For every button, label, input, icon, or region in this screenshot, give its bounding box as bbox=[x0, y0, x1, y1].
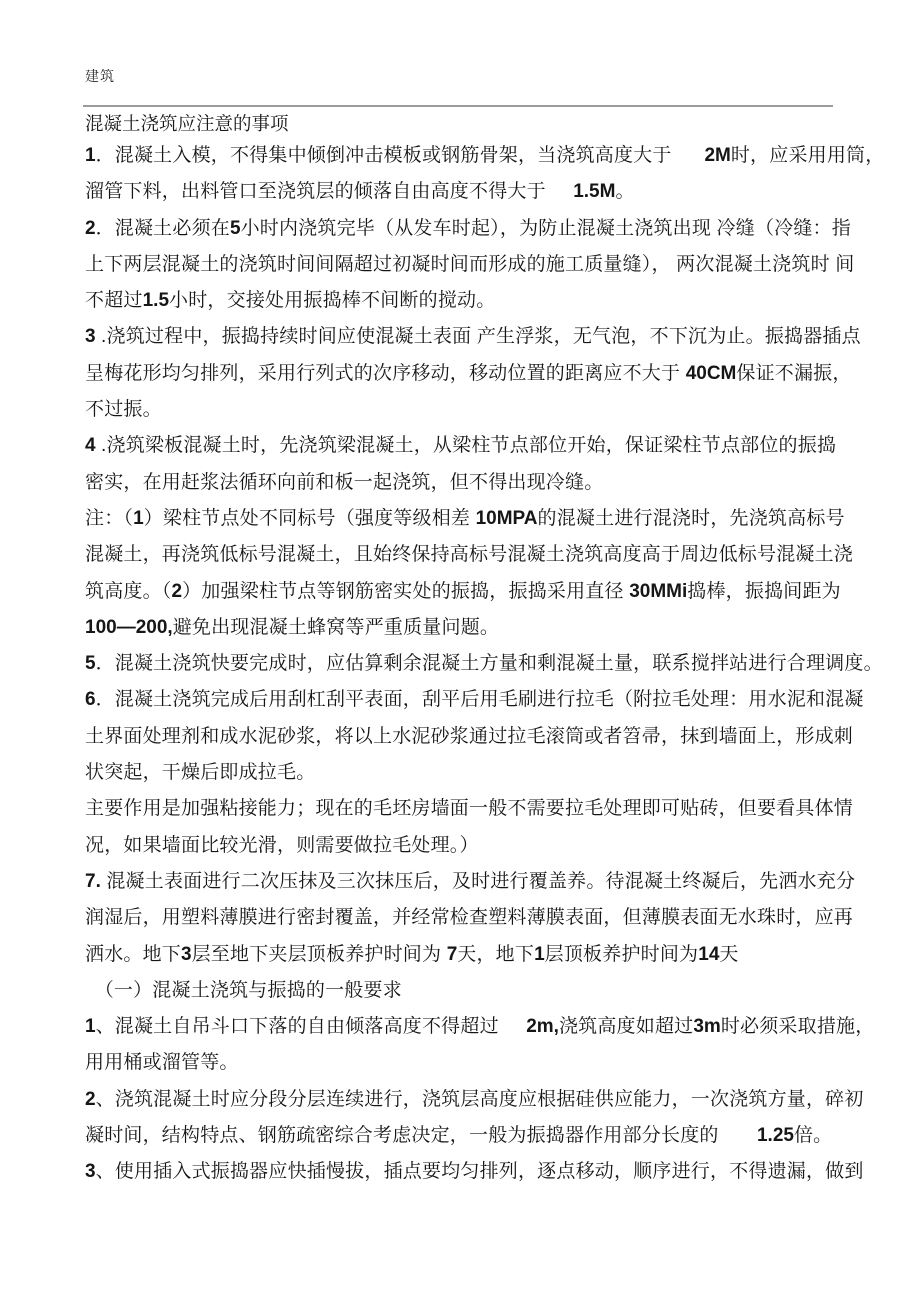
document-body: 1．混凝土入模，不得集中倾倒冲击模板或钢筋骨架，当浇筑高度大于 2M时，应采用用… bbox=[85, 138, 905, 1191]
text-line: 6．混凝土浇筑完成后用刮杠刮平表面，刮平后用毛刷进行拉毛（附拉毛处理：用水泥和混… bbox=[85, 682, 905, 718]
header-divider bbox=[83, 105, 833, 107]
text-line: 注：（1）梁柱节点处不同标号（强度等级相差 10MPA的混凝土进行混浇时，先浇筑… bbox=[85, 501, 905, 537]
text-line: 2、浇筑混凝土时应分段分层连续进行，浇筑层高度应根据硅供应能力，一次浇筑方量，碎… bbox=[85, 1082, 905, 1118]
text-line: 不过振。 bbox=[85, 392, 905, 428]
text-line: 不超过1.5小时，交接处用振捣棒不间断的搅动。 bbox=[85, 283, 905, 319]
text-line: 土界面处理剂和成水泥砂浆，将以上水泥砂浆通过拉毛滚筒或者笤帚，抹到墙面上，形成刺 bbox=[85, 719, 905, 755]
text-line: 100—200,避免出现混凝土蜂窝等严重质量问题。 bbox=[85, 610, 905, 646]
text-line: 主要作用是加强粘接能力；现在的毛坯房墙面一般不需要拉毛处理即可贴砖，但要看具体情 bbox=[85, 791, 905, 827]
text-line: 1、混凝土自吊斗口下落的自由倾落高度不得超过 2m,浇筑高度如超过3m时必须采取… bbox=[85, 1009, 905, 1045]
page-header-label: 建筑 bbox=[85, 66, 115, 86]
text-line: 溜管下料，出料管口至浇筑层的倾落自由高度不得大于 1.5M。 bbox=[85, 174, 905, 210]
text-line: 状突起，干燥后即成拉毛。 bbox=[85, 755, 905, 791]
text-line: （一）混凝土浇筑与振捣的一般要求 bbox=[85, 973, 905, 1009]
text-line: 3 .浇筑过程中，振捣持续时间应使混凝土表面 产生浮浆，无气泡，不下沉为止。振捣… bbox=[85, 319, 905, 355]
text-line: 凝时间，结构特点、钢筋疏密综合考虑决定，一般为振捣器作用部分长度的 1.25倍。 bbox=[85, 1118, 905, 1154]
text-line: 2．混凝土必须在5小时内浇筑完毕（从发车时起），为防止混凝土浇筑出现 冷缝（冷缝… bbox=[85, 211, 905, 247]
text-line: 呈梅花形均匀排列，采用行列式的次序移动，移动位置的距离应不大于 40CM保证不漏… bbox=[85, 356, 905, 392]
text-line: 1．混凝土入模，不得集中倾倒冲击模板或钢筋骨架，当浇筑高度大于 2M时，应采用用… bbox=[85, 138, 905, 174]
document-title: 混凝土浇筑应注意的事项 bbox=[85, 110, 289, 136]
text-line: 况，如果墙面比较光滑，则需要做拉毛处理。） bbox=[85, 828, 905, 864]
text-line: 4 .浇筑梁板混凝土时，先浇筑梁混凝土，从梁柱节点部位开始，保证梁柱节点部位的振… bbox=[85, 428, 905, 464]
text-line: 上下两层混凝土的浇筑时间间隔超过初凝时间而形成的施工质量缝）， 两次混凝土浇筑时… bbox=[85, 247, 905, 283]
text-line: 用用桶或溜管等。 bbox=[85, 1045, 905, 1081]
text-line: 筑高度。（2）加强梁柱节点等钢筋密实处的振捣，振捣采用直径 30MMi捣棒，振捣… bbox=[85, 574, 905, 610]
text-line: 洒水。地下3层至地下夹层顶板养护时间为 7天，地下1层顶板养护时间为14天 bbox=[85, 937, 905, 973]
text-line: 7. 混凝土表面进行二次压抹及三次抹压后，及时进行覆盖养。待混凝土终凝后，先洒水… bbox=[85, 864, 905, 900]
text-line: 5．混凝土浇筑快要完成时，应估算剩余混凝土方量和剩混凝土量，联系搅拌站进行合理调… bbox=[85, 646, 905, 682]
text-line: 3、使用插入式振捣器应快插慢拔，插点要均匀排列，逐点移动，顺序进行，不得遗漏，做… bbox=[85, 1154, 905, 1190]
document-page: 建筑 混凝土浇筑应注意的事项 1．混凝土入模，不得集中倾倒冲击模板或钢筋骨架，当… bbox=[0, 0, 920, 1303]
text-line: 润湿后，用塑料薄膜进行密封覆盖，并经常检查塑料薄膜表面，但薄膜表面无水珠时，应再 bbox=[85, 900, 905, 936]
text-line: 密实，在用赶浆法循环向前和板一起浇筑，但不得出现冷缝。 bbox=[85, 465, 905, 501]
text-line: 混凝土，再浇筑低标号混凝土，且始终保持高标号混凝土浇筑高度高于周边低标号混凝土浇 bbox=[85, 537, 905, 573]
